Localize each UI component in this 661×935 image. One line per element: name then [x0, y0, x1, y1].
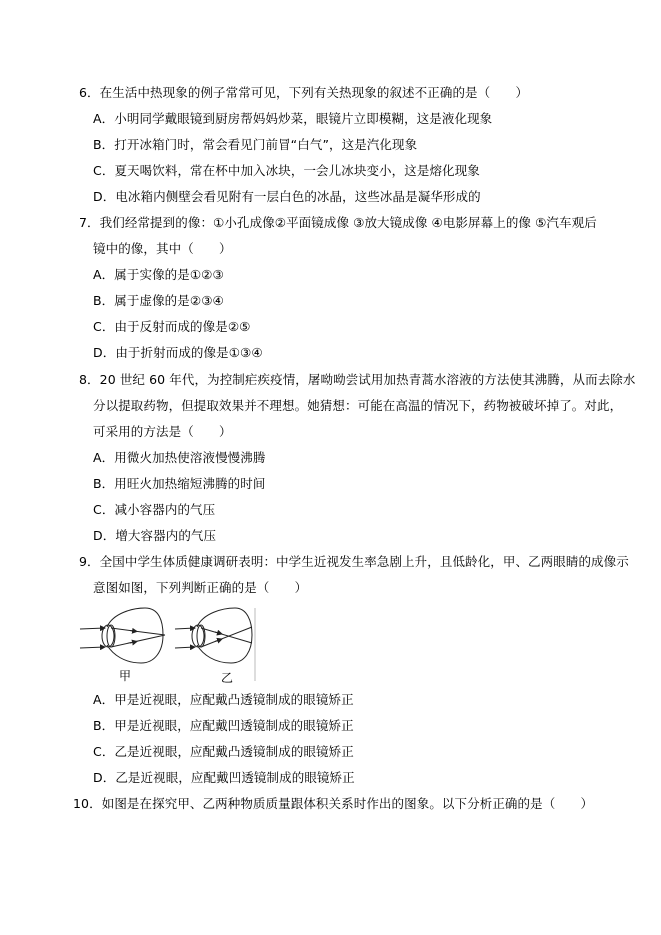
question-6-option-c: C．夏天喝饮料，常在杯中加入冰块，一会儿冰块变小，这是熔化现象	[93, 163, 480, 179]
question-8-option-d: D．增大容器内的气压	[93, 528, 216, 544]
option-label: B．	[93, 476, 114, 491]
option-text: 减小容器内的气压	[114, 502, 215, 517]
question-9-stem-continued: 意图如图，下列判断正确的是（ ）	[93, 580, 307, 596]
question-text: 镜中的像，其中（ ）	[93, 241, 232, 256]
option-label: C．	[93, 319, 114, 334]
question-9-option-b: B．甲是近视眼，应配戴凹透镜制成的眼镜矫正	[93, 718, 354, 734]
question-7-stem-continued: 镜中的像，其中（ ）	[93, 241, 232, 257]
question-text: 可采用的方法是（ ）	[93, 424, 232, 439]
question-number: 6．	[79, 85, 100, 101]
option-text: 由于反射而成的像是②⑤	[114, 319, 250, 334]
figure-label-yi: 乙	[221, 669, 233, 686]
option-label: D．	[93, 345, 115, 360]
option-text: 用旺火加热缩短沸腾的时间	[114, 476, 265, 491]
option-text: 用微火加热使溶液慢慢沸腾	[114, 450, 265, 465]
option-label: C．	[93, 744, 114, 759]
option-text: 小明同学戴眼镜到厨房帮妈妈炒菜，眼镜片立即模糊，这是液化现象	[114, 111, 492, 126]
option-label: C．	[93, 502, 114, 517]
option-label: C．	[93, 163, 114, 178]
question-text: 在生活中热现象的例子常常可见，下列有关热现象的叙述不正确的是（ ）	[100, 85, 528, 100]
question-8-option-c: C．减小容器内的气压	[93, 502, 215, 518]
question-text: 意图如图，下列判断正确的是（ ）	[93, 580, 307, 595]
question-7-option-c: C．由于反射而成的像是②⑤	[93, 319, 250, 335]
question-6-option-a: A．小明同学戴眼镜到厨房帮妈妈炒菜，眼镜片立即模糊，这是液化现象	[93, 111, 492, 127]
option-text: 由于折射而成的像是①③④	[115, 345, 262, 360]
question-9-stem: 9．全国中学生体质健康调研表明：中学生近视发生率急剧上升，且低龄化，甲、乙两眼睛…	[79, 554, 629, 570]
eye-yi	[175, 608, 255, 681]
option-label: A．	[93, 267, 114, 282]
question-9-option-d: D．乙是近视眼，应配戴凹透镜制成的眼镜矫正	[93, 770, 355, 786]
question-text: 全国中学生体质健康调研表明：中学生近视发生率急剧上升，且低龄化，甲、乙两眼睛的成…	[100, 554, 629, 569]
option-text: 夏天喝饮料，常在杯中加入冰块，一会儿冰块变小，这是熔化现象	[114, 163, 479, 178]
option-text: 打开冰箱门时，常会看见门前冒“白气”，这是汽化现象	[114, 137, 417, 152]
option-label: A．	[93, 692, 114, 707]
eye-diagrams-icon	[75, 603, 275, 685]
question-8-stem-continued-1: 分以提取药物，但提取效果并不理想。她猜想：可能在高温的情况下，药物被破坏掉了。对…	[93, 398, 622, 414]
option-label: B．	[93, 293, 114, 308]
option-label: A．	[93, 450, 114, 465]
question-7-option-a: A．属于实像的是①②③	[93, 267, 224, 283]
question-text: 20 世纪 60 年代，为控制疟疾疫情，屠呦呦尝试用加热青蒿水溶液的方法使其沸腾…	[100, 372, 636, 387]
question-number: 8．	[79, 372, 100, 388]
option-label: D．	[93, 770, 115, 785]
question-7-option-b: B．属于虚像的是②③④	[93, 293, 224, 309]
eye-imaging-diagram: 甲 乙	[75, 603, 275, 685]
option-label: D．	[93, 528, 115, 543]
question-8-stem: 8．20 世纪 60 年代，为控制疟疾疫情，屠呦呦尝试用加热青蒿水溶液的方法使其…	[79, 372, 636, 388]
question-number: 7．	[79, 215, 100, 231]
option-text: 乙是近视眼，应配戴凹透镜制成的眼镜矫正	[115, 770, 354, 785]
question-8-stem-continued-2: 可采用的方法是（ ）	[93, 424, 232, 440]
question-8-option-b: B．用旺火加热缩短沸腾的时间	[93, 476, 265, 492]
option-text: 电冰箱内侧壁会看见附有一层白色的冰晶，这些冰晶是凝华形成的	[115, 189, 480, 204]
question-7-option-d: D．由于折射而成的像是①③④	[93, 345, 263, 361]
question-9-option-a: A．甲是近视眼，应配戴凸透镜制成的眼镜矫正	[93, 692, 354, 708]
eye-jia	[80, 608, 165, 663]
question-8-option-a: A．用微火加热使溶液慢慢沸腾	[93, 450, 265, 466]
question-6-option-b: B．打开冰箱门时，常会看见门前冒“白气”，这是汽化现象	[93, 137, 417, 153]
question-number: 10．	[73, 796, 102, 812]
question-10-stem: 10．如图是在探究甲、乙两种物质质量跟体积关系时作出的图象。以下分析正确的是（ …	[73, 796, 593, 812]
question-7-stem: 7．我们经常提到的像：①小孔成像②平面镜成像 ③放大镜成像 ④电影屏幕上的像 ⑤…	[79, 215, 597, 231]
option-text: 属于虚像的是②③④	[114, 293, 224, 308]
question-6-stem: 6．在生活中热现象的例子常常可见，下列有关热现象的叙述不正确的是（ ）	[79, 85, 528, 101]
option-text: 属于实像的是①②③	[114, 267, 224, 282]
question-9-option-c: C．乙是近视眼，应配戴凸透镜制成的眼镜矫正	[93, 744, 354, 760]
option-label: B．	[93, 718, 114, 733]
question-text: 如图是在探究甲、乙两种物质质量跟体积关系时作出的图象。以下分析正确的是（ ）	[102, 796, 593, 811]
option-label: D．	[93, 189, 115, 204]
option-text: 增大容器内的气压	[115, 528, 216, 543]
option-label: A．	[93, 111, 114, 126]
option-text: 甲是近视眼，应配戴凹透镜制成的眼镜矫正	[114, 718, 353, 733]
option-text: 乙是近视眼，应配戴凸透镜制成的眼镜矫正	[114, 744, 353, 759]
question-6-option-d: D．电冰箱内侧壁会看见附有一层白色的冰晶，这些冰晶是凝华形成的	[93, 189, 481, 205]
option-text: 甲是近视眼，应配戴凸透镜制成的眼镜矫正	[114, 692, 353, 707]
option-label: B．	[93, 137, 114, 152]
question-number: 9．	[79, 554, 100, 570]
question-text: 分以提取药物，但提取效果并不理想。她猜想：可能在高温的情况下，药物被破坏掉了。对…	[93, 398, 622, 413]
question-text: 我们经常提到的像：①小孔成像②平面镜成像 ③放大镜成像 ④电影屏幕上的像 ⑤汽车…	[100, 215, 597, 230]
figure-label-jia: 甲	[119, 667, 131, 684]
